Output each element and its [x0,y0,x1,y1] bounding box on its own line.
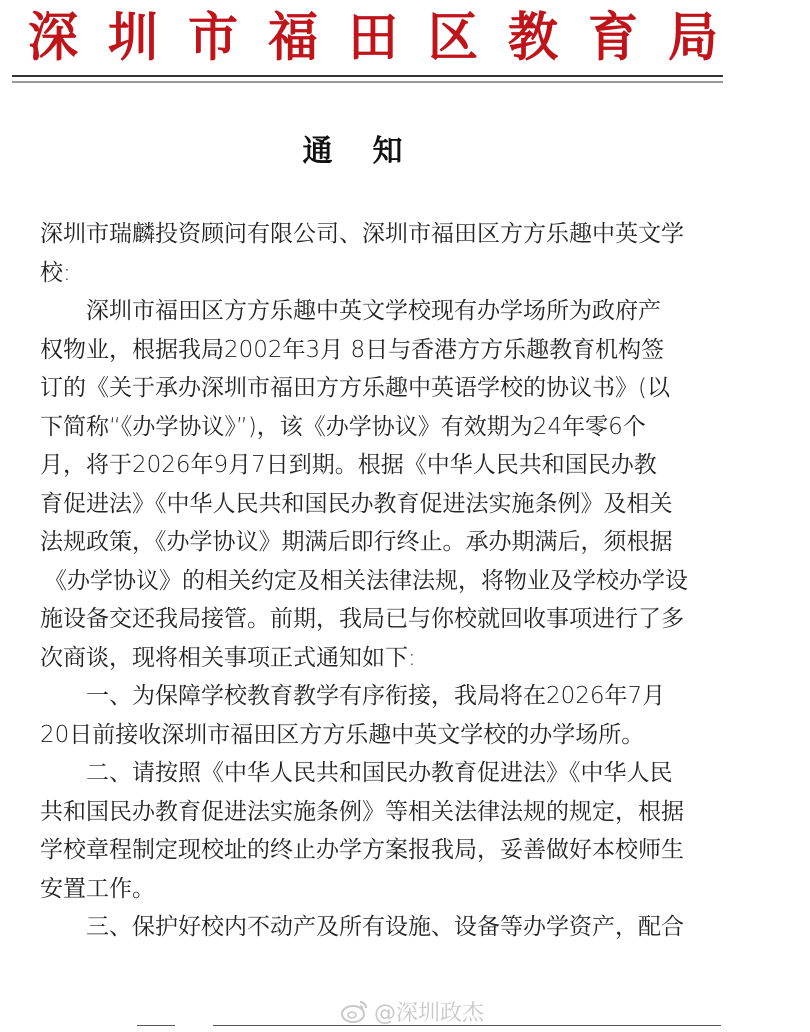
masthead-char: 区 [428,4,478,69]
masthead-char: 深 [28,4,78,69]
item-two-line: 二、请按照《中华人民共和国民办教育促进法》《中华人民 [40,754,708,793]
item-two-line: 共和国民办教育促进法实施条例》等相关法律法规的规定，根据 [40,793,708,832]
addressee-line: 深圳市瑞麟投资顾问有限公司、深圳市福田区方方乐趣中英文学 [40,215,708,254]
body-line: 订的《关于承办深圳市福田方方乐趣中英语学校的协议书》(以 [40,369,708,408]
body-line: 育促进法》《中华人民共和国民办教育促进法实施条例》及相关 [40,485,708,524]
footer-rule-long [213,1025,721,1026]
header-rule-gray [12,81,723,83]
body-line: 深圳市福田区方方乐趣中英文学校现有办学场所为政府产 [40,292,708,331]
item-three-line: 三、保护好校内不动产及所有设施、设备等办学资产，配合 [40,908,708,947]
header-rule-dark [12,75,723,77]
item-two-line: 学校章程制定现校址的终止办学方案报我局，妥善做好本校师生 [40,831,708,870]
item-two-line: 安置工作。 [40,870,708,909]
body-line: 权物业，根据我局2002年3月 8日与香港方方乐趣教育机构签 [40,331,708,370]
masthead-char: 育 [588,4,638,69]
masthead-char: 市 [188,4,238,69]
item-one-line: 20日前接收深圳市福田区方方乐趣中英文学校的办学场所。 [40,716,708,755]
masthead-char: 田 [348,4,398,69]
addressee-line: 校: [40,254,708,293]
document-body: 深圳市瑞麟投资顾问有限公司、深圳市福田区方方乐趣中英文学 校: 深圳市福田区方方… [40,215,708,947]
body-line: 施设备交还我局接管。前期，我局已与你校就回收事项进行了多 [40,600,708,639]
watermark: @深圳政杰 [340,996,484,1026]
body-line: 下简称“《办学协议》”)，该《办学协议》有效期为24年零6个 [40,408,708,447]
body-line: 法规政策，《办学协议》期满后即行终止。承办期满后，须根据 [40,523,708,562]
weibo-icon [340,998,370,1024]
body-line: 次商谈，现将相关事项正式通知如下: [40,639,708,678]
footer-rule-short [137,1025,175,1026]
masthead-char: 福 [268,4,318,69]
item-one-line: 一、为保障学校教育教学有序衔接，我局将在2026年7月 [40,677,708,716]
body-line: 月，将于2026年9月7日到期。根据《中华人民共和国民办教 [40,446,708,485]
document-title: 通知 [0,126,745,170]
watermark-text: @深圳政杰 [374,996,484,1027]
issuer-masthead: 深 圳 市 福 田 区 教 育 局 [28,6,718,68]
masthead-char: 圳 [108,4,158,69]
masthead-char: 教 [508,4,558,69]
body-line: 《办学协议》的相关约定及相关法律法规，将物业及学校办学设 [40,562,708,601]
masthead-char: 局 [668,4,718,69]
